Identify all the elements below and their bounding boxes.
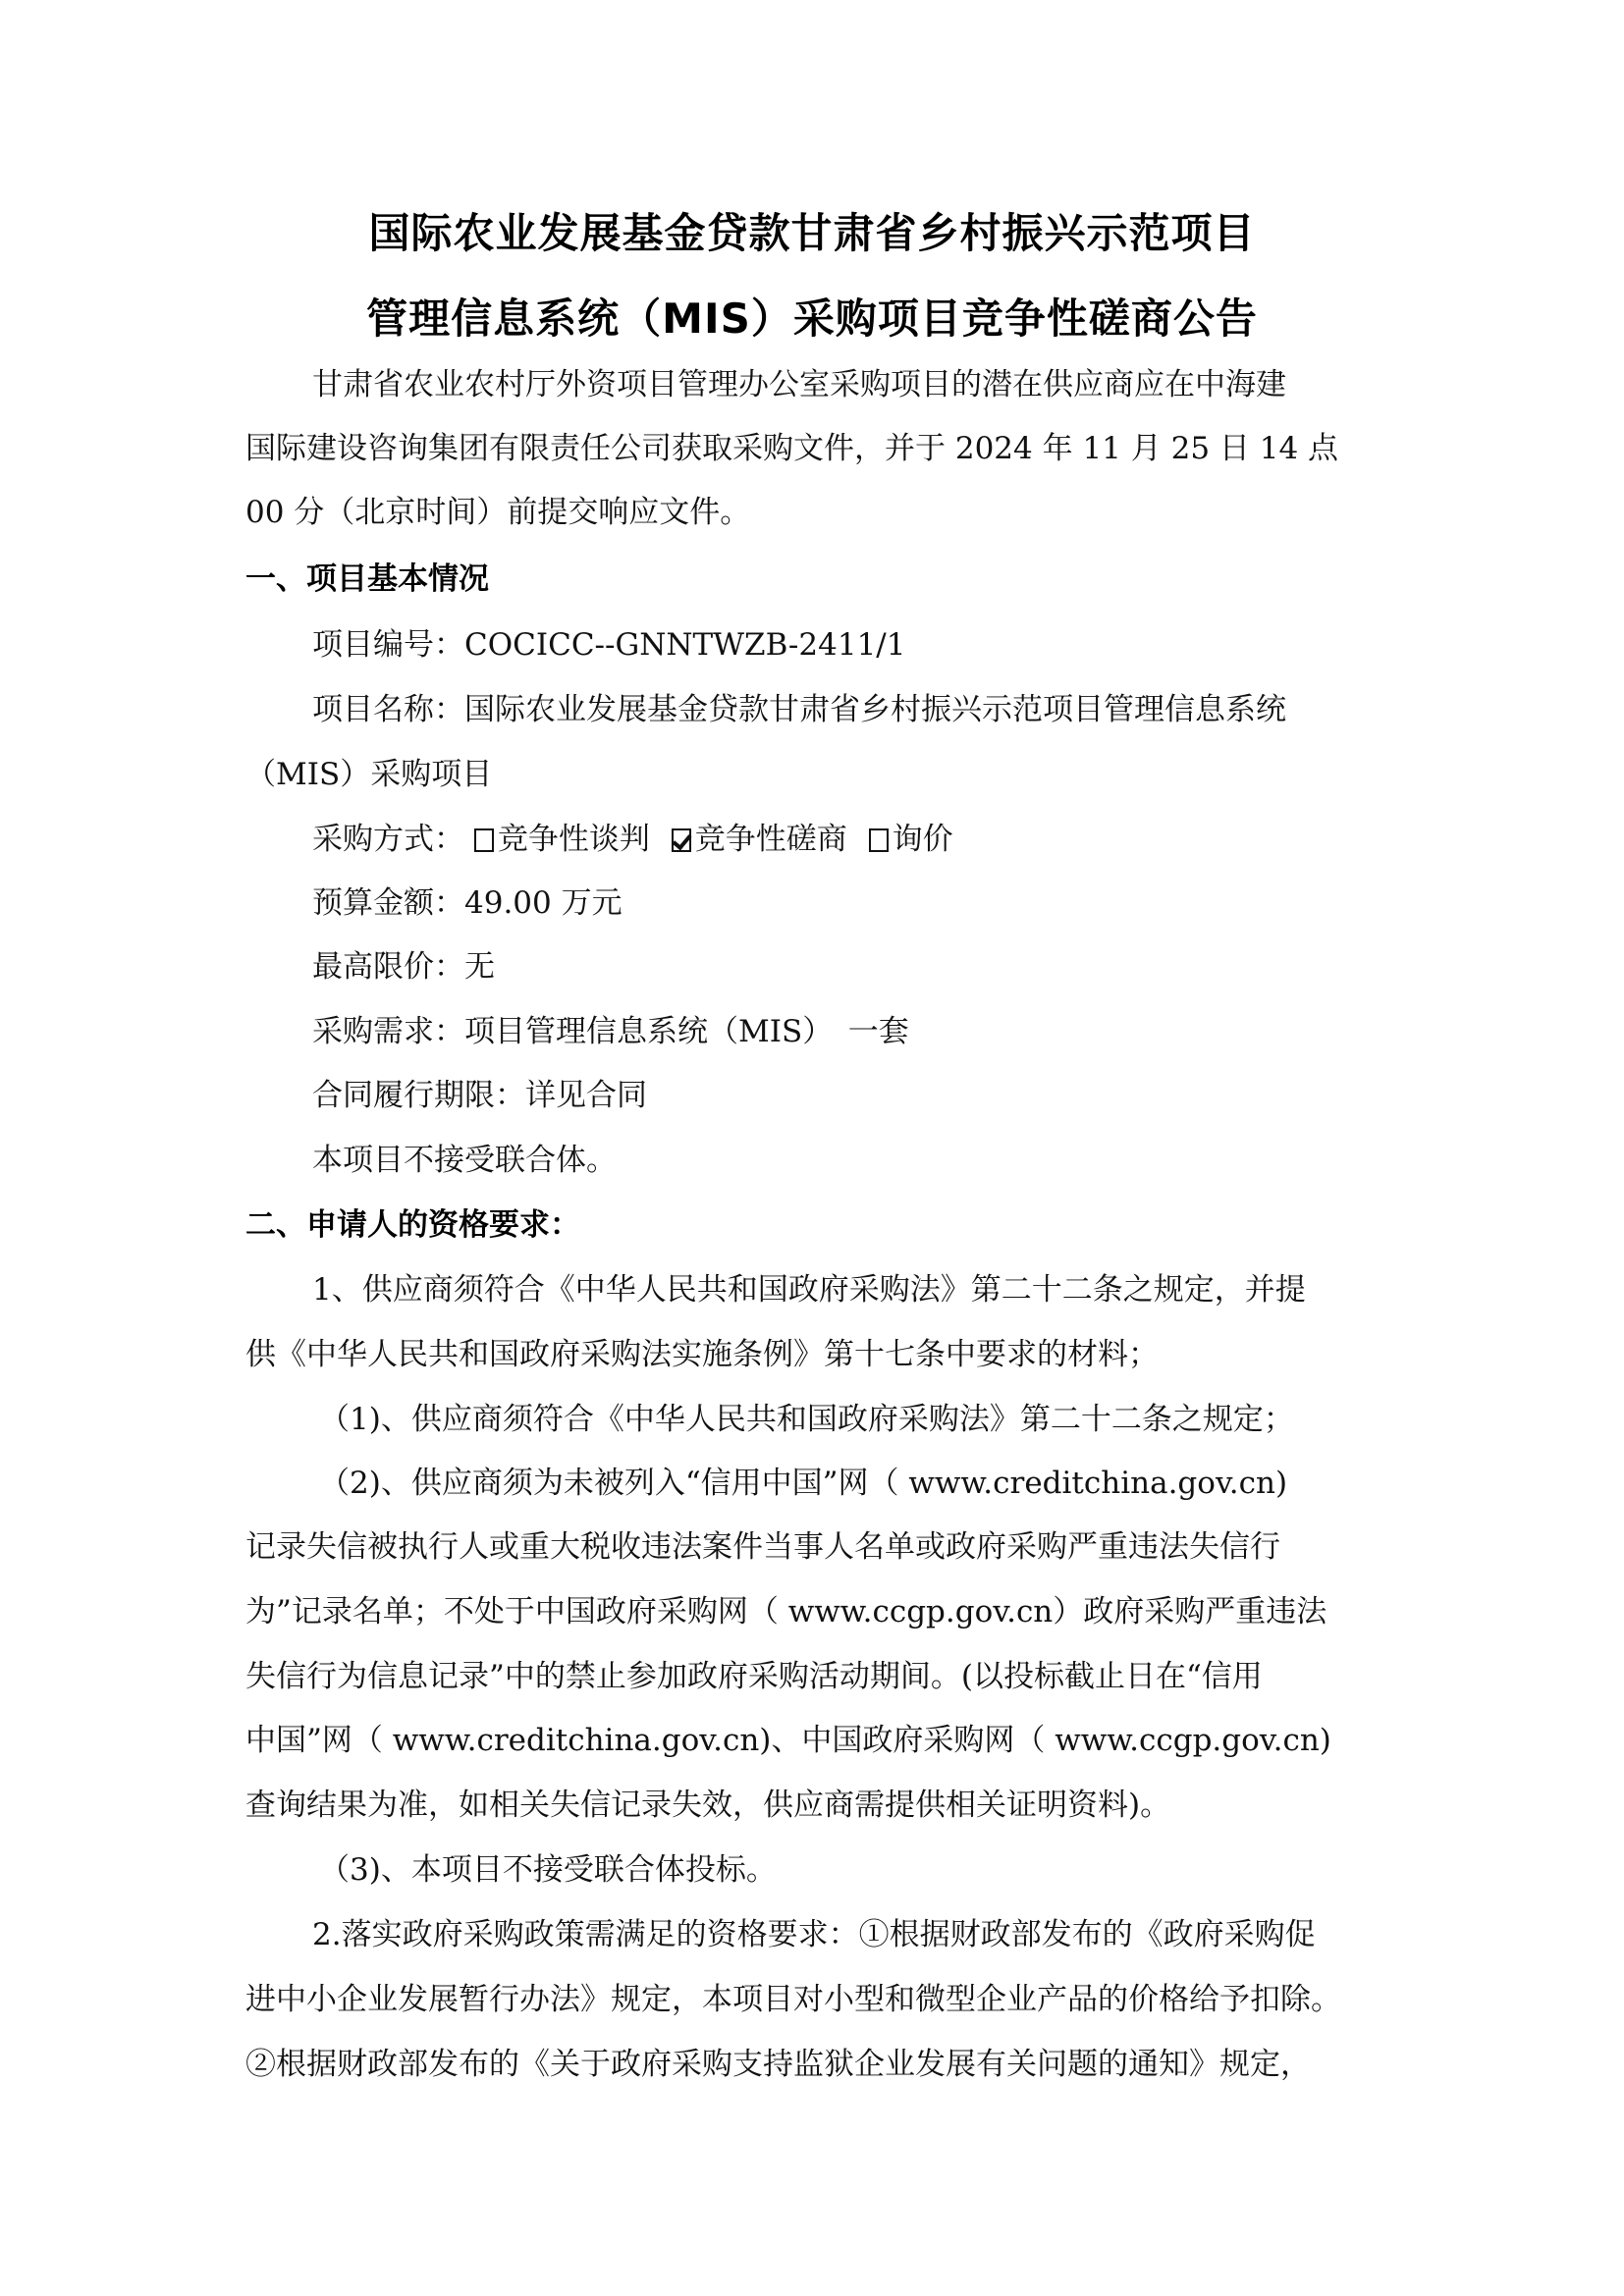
- checkbox-checked-icon: [672, 828, 691, 852]
- method-option-inquiry: 询价: [869, 822, 953, 857]
- budget-amount: 预算金额：49.00 万元: [312, 883, 623, 923]
- checkbox-unchecked-icon: [474, 828, 494, 852]
- qualification-sub3: （3)、本项目不接受联合体投标。: [319, 1850, 777, 1890]
- intro-paragraph-line3: 00 分（北京时间）前提交响应文件。: [245, 493, 750, 532]
- qualification-item2-line1: 2.落实政府采购政策需满足的资格要求：①根据财政部发布的《政府采购促: [312, 1915, 1316, 1954]
- contract-period: 合同履行期限：详见合同: [312, 1076, 647, 1115]
- qualification-sub2-line3: 为”记录名单；不处于中国政府采购网（ www.ccgp.gov.cn）政府采购严…: [245, 1592, 1326, 1631]
- consortium-note: 本项目不接受联合体。: [312, 1141, 617, 1180]
- qualification-sub2-line6: 查询结果为准，如相关失信记录失效，供应商需提供相关证明资料)。: [245, 1786, 1170, 1825]
- qualification-item1-line2: 供《中华人民共和国政府采购法实施条例》第十七条中要求的材料；: [245, 1335, 1159, 1374]
- project-name-line2: （MIS）采购项目: [245, 755, 492, 794]
- document-page: 国际农业发展基金贷款甘肃省乡村振兴示范项目 管理信息系统（MIS）采购项目竞争性…: [0, 0, 1624, 2296]
- intro-paragraph-line1: 甘肃省农业农村厅外资项目管理办公室采购项目的潜在供应商应在中海建: [312, 365, 1286, 404]
- qualification-sub2-line2: 记录失信被执行人或重大税收违法案件当事人名单或政府采购严重违法失信行: [245, 1527, 1280, 1567]
- project-number: 项目编号：COCICC--GNNTWZB-2411/1: [312, 625, 905, 665]
- method-option-negotiation: 竞争性谈判: [474, 822, 660, 857]
- document-title-line2: 管理信息系统（MIS）采购项目竞争性磋商公告: [0, 287, 1624, 346]
- checkbox-unchecked-icon: [869, 828, 889, 852]
- document-title-line1: 国际农业发展基金贷款甘肃省乡村振兴示范项目: [0, 201, 1624, 260]
- qualification-item2-line3: ②根据财政部发布的《关于政府采购支持监狱企业发展有关问题的通知》规定，: [245, 2045, 1311, 2084]
- qualification-sub2-line4: 失信行为信息记录”中的禁止参加政府采购活动期间。(以投标截止日在“信用: [245, 1657, 1263, 1696]
- procurement-method-label: 采购方式：: [312, 822, 464, 857]
- qualification-sub2-line1: （2)、供应商须为未被列入“信用中国”网（ www.creditchina.go…: [319, 1464, 1287, 1503]
- qualification-sub1: （1)、供应商须符合《中华人民共和国政府采购法》第二十二条之规定；: [319, 1400, 1294, 1439]
- method-option-consultation: 竞争性磋商: [672, 822, 857, 857]
- section1-heading: 一、项目基本情况: [245, 560, 489, 599]
- section2-heading: 二、申请人的资格要求：: [245, 1205, 580, 1245]
- qualification-item2-line2: 进中小企业发展暂行办法》规定，本项目对小型和微型企业产品的价格给予扣除。: [245, 1980, 1341, 2019]
- qualification-sub2-line5: 中国”网（ www.creditchina.gov.cn)、中国政府采购网（ w…: [245, 1721, 1331, 1760]
- intro-paragraph-line2: 国际建设咨询集团有限责任公司获取采购文件，并于 2024 年 11 月 25 日…: [245, 429, 1338, 468]
- qualification-item1-line1: 1、供应商须符合《中华人民共和国政府采购法》第二十二条之规定，并提: [312, 1270, 1306, 1309]
- procurement-demand: 采购需求：项目管理信息系统（MIS） 一套: [312, 1012, 909, 1051]
- procurement-method-row: 采购方式： 竞争性谈判 竞争性磋商 询价: [312, 820, 965, 859]
- project-name-line1: 项目名称：国际农业发展基金贷款甘肃省乡村振兴示范项目管理信息系统: [312, 690, 1286, 729]
- max-price: 最高限价：无: [312, 947, 495, 987]
